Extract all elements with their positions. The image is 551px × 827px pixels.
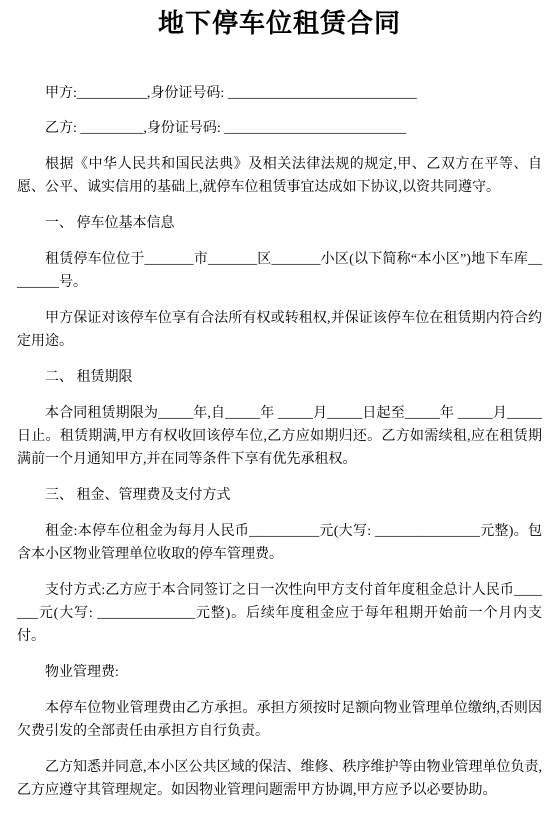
property-management-paragraph: 乙方知悉并同意,本小区公共区域的保洁、维修、秩序维护等由物业管理单位负责,乙方应… xyxy=(17,756,542,802)
property-fee-label: 物业管理费: xyxy=(17,661,542,684)
lease-term-paragraph: 本合同租赁期限为_____年,自_____年 _____月_____日起至___… xyxy=(17,402,542,471)
preamble-paragraph: 根据《中华人民共和国民法典》及相关法律法规的规定,甲、乙双方在平等、自愿、公平、… xyxy=(17,153,542,199)
section-1-heading: 一、 停车位基本信息 xyxy=(17,212,542,235)
contract-document: 地下停车位租赁合同 甲方:__________,身份证号码: _________… xyxy=(0,0,551,827)
contract-title: 地下停车位租赁合同 xyxy=(17,7,542,40)
section-3-heading: 三、 租金、管理费及支付方式 xyxy=(17,484,542,507)
payment-method-paragraph: 支付方式:乙方应于本合同签订之日一次性向甲方支付首年度租金总计人民币______… xyxy=(17,579,542,648)
rent-paragraph: 租金:本停车位租金为每月人民币__________元(大写: _________… xyxy=(17,520,542,566)
property-fee-paragraph: 本停车位物业管理费由乙方承担。承担方须按时足额向物业管理单位缴纳,否则因欠费引发… xyxy=(17,697,542,743)
parking-location-paragraph: 租赁停车位位于_______市_______区_______小区(以下简称“本小… xyxy=(17,248,542,294)
section-2-heading: 二、 租赁期限 xyxy=(17,366,542,389)
ownership-guarantee-paragraph: 甲方保证对该停车位享有合法所有权或转租权,并保证该停车位在租赁期内符合约定用途。 xyxy=(17,307,542,353)
party-a-line: 甲方:__________,身份证号码: ___________________… xyxy=(17,82,542,105)
party-b-line: 乙方: _________,身份证号码: ___________________… xyxy=(17,117,542,140)
